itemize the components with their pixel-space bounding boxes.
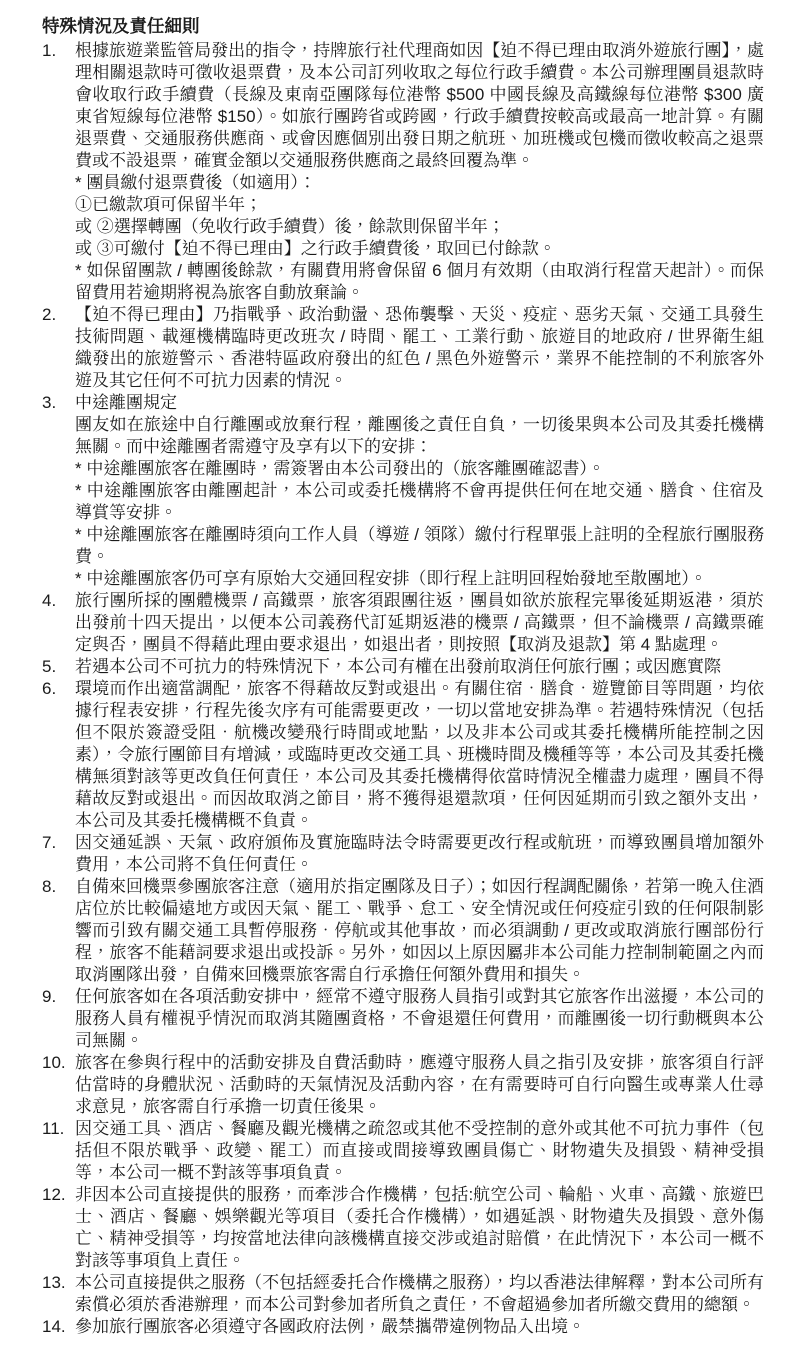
item-text: 任何旅客如在各項活動安排中，經常不遵守服務人員指引或對其它旅客作出滋擾，本公司的… [75, 986, 764, 1052]
item-number: 14. [42, 1316, 75, 1338]
item-text: 自備來回機票參團旅客注意（適用於指定團隊及日子）；如因行程調配關係，若第一晚入住… [75, 876, 764, 986]
item-number: 10. [42, 1052, 75, 1074]
item-number: 13. [42, 1272, 75, 1294]
list-item: 1. 根據旅遊業監管局發出的指令，持牌旅行社代理商如因【迫不得已理由取消外遊旅行… [42, 40, 764, 304]
item-number: 11. [42, 1118, 75, 1140]
item-text: 根據旅遊業監管局發出的指令，持牌旅行社代理商如因【迫不得已理由取消外遊旅行團】，… [75, 40, 764, 304]
list-item: 10. 旅客在參與行程中的活動安排及自費活動時，應遵守服務人員之指引及安排，旅客… [42, 1052, 764, 1118]
page-title: 特殊情況及責任細則 [42, 15, 764, 38]
item-text: 環境而作出適當調配，旅客不得藉故反對或退出。有關住宿．膳食．遊覽節目等問題，均依… [75, 678, 764, 832]
item-number: 1. [42, 40, 75, 62]
item-text: 因交通延誤、天氣、政府頒佈及實施臨時法令時需要更改行程或航班，而導致團員增加額外… [75, 832, 764, 876]
item-number: 7. [42, 832, 75, 854]
item-number: 6. [42, 678, 75, 700]
item-number: 3. [42, 392, 75, 414]
list-item: 2. 【迫不得已理由】乃指戰爭、政治動盪、恐佈襲擊、天災、疫症、惡劣天氣、交通工… [42, 304, 764, 392]
list-item: 13. 本公司直接提供之服務（不包括經委托合作機構之服務），均以香港法律解釋，對… [42, 1272, 764, 1316]
item-number: 5. [42, 656, 75, 678]
item-text: 非因本公司直接提供的服務，而牽涉合作機構，包括:航空公司、輪船、火車、高鐵、旅遊… [75, 1184, 764, 1272]
list-item: 12. 非因本公司直接提供的服務，而牽涉合作機構，包括:航空公司、輪船、火車、高… [42, 1184, 764, 1272]
item-number: 2. [42, 304, 75, 326]
list-item: 7. 因交通延誤、天氣、政府頒佈及實施臨時法令時需要更改行程或航班，而導致團員增… [42, 832, 764, 876]
list-item: 9. 任何旅客如在各項活動安排中，經常不遵守服務人員指引或對其它旅客作出滋擾，本… [42, 986, 764, 1052]
item-number: 4. [42, 590, 75, 612]
list-item: 11. 因交通工具、酒店、餐廳及觀光機構之疏忽或其他不受控制的意外或其他不可抗力… [42, 1118, 764, 1184]
document-page: 特殊情況及責任細則 1. 根據旅遊業監管局發出的指令，持牌旅行社代理商如因【迫不… [0, 0, 800, 1358]
item-text: 【迫不得已理由】乃指戰爭、政治動盪、恐佈襲擊、天災、疫症、惡劣天氣、交通工具發生… [75, 304, 764, 392]
item-number: 8. [42, 876, 75, 898]
item-text: 中途離團規定 團友如在旅途中自行離團或放棄行程，離團後之責任自負，一切後果與本公… [75, 392, 764, 590]
item-text: 本公司直接提供之服務（不包括經委托合作機構之服務），均以香港法律解釋，對本公司所… [75, 1272, 764, 1316]
item-text: 若遇本公司不可抗力的特殊情況下，本公司有權在出發前取消任何旅行團；或因應實際 [75, 656, 764, 678]
list-item: 6. 環境而作出適當調配，旅客不得藉故反對或退出。有關住宿．膳食．遊覽節目等問題… [42, 678, 764, 832]
list-item: 3. 中途離團規定 團友如在旅途中自行離團或放棄行程，離團後之責任自負，一切後果… [42, 392, 764, 590]
list-item: 4. 旅行團所採的團體機票 / 高鐵票，旅客須跟團往返，團員如欲於旅程完畢後延期… [42, 590, 764, 656]
item-number: 12. [42, 1184, 75, 1206]
item-text: 因交通工具、酒店、餐廳及觀光機構之疏忽或其他不受控制的意外或其他不可抗力事件（包… [75, 1118, 764, 1184]
item-number: 9. [42, 986, 75, 1008]
list-item: 8. 自備來回機票參團旅客注意（適用於指定團隊及日子）；如因行程調配關係，若第一… [42, 876, 764, 986]
item-text: 旅行團所採的團體機票 / 高鐵票，旅客須跟團往返，團員如欲於旅程完畢後延期返港，… [75, 590, 764, 656]
item-text: 旅客在參與行程中的活動安排及自費活動時，應遵守服務人員之指引及安排，旅客須自行評… [75, 1052, 764, 1118]
list-item: 14. 參加旅行團旅客必須遵守各國政府法例，嚴禁攜帶違例物品入出境。 [42, 1316, 764, 1338]
list-item: 5. 若遇本公司不可抗力的特殊情況下，本公司有權在出發前取消任何旅行團；或因應實… [42, 656, 764, 678]
item-text: 參加旅行團旅客必須遵守各國政府法例，嚴禁攜帶違例物品入出境。 [75, 1316, 764, 1338]
